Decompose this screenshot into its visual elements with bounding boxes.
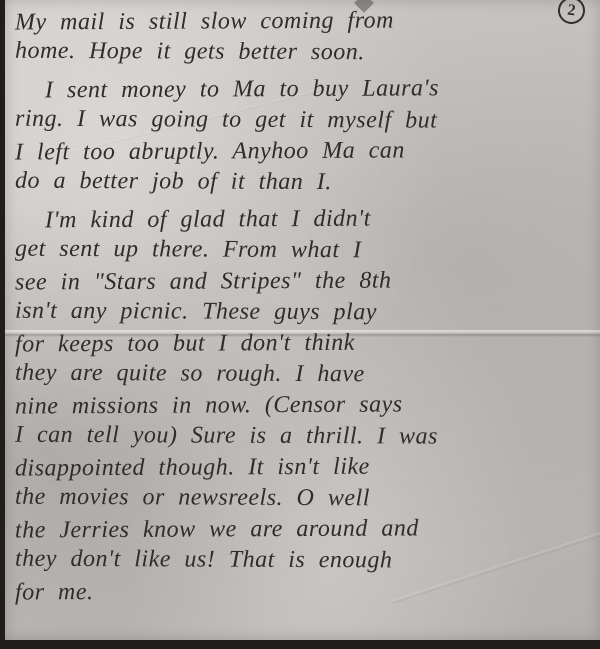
letter-line: see in "Stars and Stripes" the 8th xyxy=(15,264,592,298)
letter-line: I'm kind of glad that I didn't xyxy=(15,202,592,236)
letter-line: nine missions in now. (Censor says xyxy=(15,388,592,422)
letter-line: they are quite so rough. I have xyxy=(15,358,592,392)
letter-line: home. Hope it gets better soon. xyxy=(15,36,592,70)
letter-line: the Jerries know we are around and xyxy=(15,512,592,546)
letter-photo: 2 My mail is still slow coming from home… xyxy=(0,0,600,649)
letter-line: isn't any picnic. These guys play xyxy=(15,296,592,330)
letter-line: do a better job of it than I. xyxy=(15,166,592,200)
letter-body: My mail is still slow coming from home. … xyxy=(15,6,592,613)
letter-line: for keeps too but I don't think xyxy=(15,326,592,360)
letter-line: My mail is still slow coming from xyxy=(15,4,592,38)
letter-line: disappointed though. It isn't like xyxy=(15,450,592,484)
letter-line: they don't like us! That is enough xyxy=(15,544,592,578)
paper-sheet: 2 My mail is still slow coming from home… xyxy=(5,0,600,640)
letter-line: I left too abruptly. Anyhoo Ma can xyxy=(15,134,592,168)
letter-line: I sent money to Ma to buy Laura's xyxy=(15,72,592,106)
letter-line: I can tell you) Sure is a thrill. I was xyxy=(15,420,592,454)
letter-line: the movies or newsreels. O well xyxy=(15,482,592,516)
paragraph: I'm kind of glad that I didn't get sent … xyxy=(15,204,592,607)
letter-line: get sent up there. From what I xyxy=(15,234,592,268)
letter-line: ring. I was going to get it myself but xyxy=(15,104,592,138)
paragraph: My mail is still slow coming from home. … xyxy=(15,6,592,68)
paragraph: I sent money to Ma to buy Laura's ring. … xyxy=(15,74,592,198)
letter-line: for me. xyxy=(15,574,592,608)
